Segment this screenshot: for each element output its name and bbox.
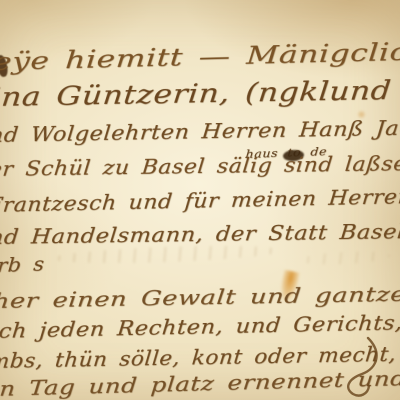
manuscript-line-4: er Schül zu Basel sälig sind laßsein — [0, 151, 400, 181]
showthrough-marks — [300, 250, 391, 267]
manuscript-line-6: nd Handelsmann, der Statt Basel, in — [0, 219, 400, 249]
manuscript-line-3: nd Wolgelehrten Herren Hanß Jacob — [0, 115, 400, 147]
manuscript-line-1: eÿe hiemitt — Mänigclich, — [0, 37, 400, 76]
manuscript-line-2: ina Güntzerin, (ngklund deß — [0, 75, 400, 113]
manuscript-line-7: rb s — [0, 253, 45, 277]
manuscript-page: eÿe hiemitt — Mänigclich, ina Güntzerin,… — [0, 0, 400, 400]
manuscript-line-8: her einen Gewalt und gantze Ma — [0, 281, 400, 313]
descender-flourish — [336, 336, 386, 398]
manuscript-line-5: Frantzesch und für meinen Herren Jab — [0, 183, 400, 217]
